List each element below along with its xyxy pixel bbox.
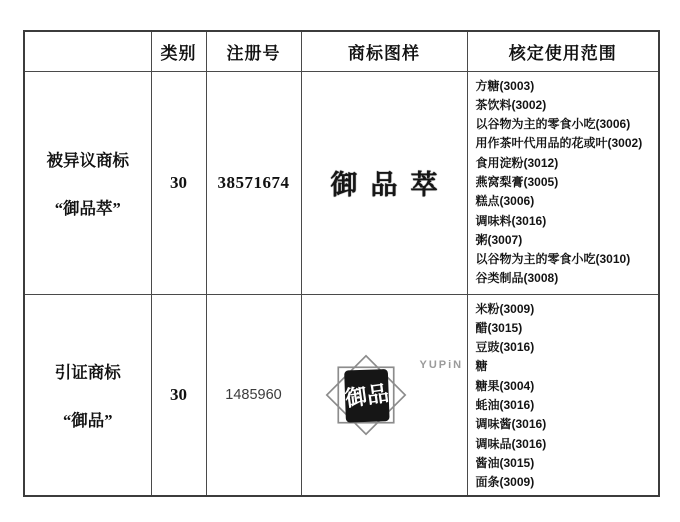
goods-item: 调味品(3016) <box>476 435 655 454</box>
goods-item: 面条(3009) <box>476 473 655 492</box>
row-opposed-mark: 被异议商标 “御品萃” 30 38571674 御品萃 方糖(3003)茶饮料(… <box>24 71 659 294</box>
goods-item: 糖果(3004) <box>476 377 655 396</box>
goods-item: 糕点(3006) <box>476 192 655 211</box>
col-header-regno: 注册号 <box>206 31 301 71</box>
opposed-label-cell: 被异议商标 “御品萃” <box>24 71 151 294</box>
cited-regno-value: 1485960 <box>225 387 281 403</box>
opposed-goods-cell: 方糖(3003)茶饮料(3002)以谷物为主的零食小吃(3006)用作茶叶代用品… <box>467 71 659 294</box>
opposed-regno-cell: 38571674 <box>206 71 301 294</box>
goods-item: 豆豉(3016) <box>476 338 655 357</box>
goods-item: 茶饮料(3002) <box>476 96 655 115</box>
opposed-mark-image-cell: 御品萃 <box>301 71 467 294</box>
goods-item: 醋(3015) <box>476 319 655 338</box>
goods-item: 方糖(3003) <box>476 77 655 96</box>
seal-star-icon: 御品 <box>324 353 408 437</box>
col-header-mark-image: 商标图样 <box>301 31 467 71</box>
cited-regno-cell: 1485960 <box>206 294 301 496</box>
goods-item: 谷类制品(3008) <box>476 269 655 288</box>
opposed-regno-value: 38571674 <box>218 173 290 192</box>
goods-item: 食用淀粉(3012) <box>476 154 655 173</box>
goods-item: 糖 <box>476 357 655 376</box>
goods-item: 燕窝梨膏(3005) <box>476 173 655 192</box>
cited-label-title: 引证商标 <box>25 359 151 383</box>
col-header-class: 类别 <box>151 31 206 71</box>
col-header-blank <box>24 31 151 71</box>
goods-item: 调味酱(3016) <box>476 415 655 434</box>
goods-item: 用作茶叶代用品的花或叶(3002) <box>476 134 655 153</box>
goods-item: 米粉(3009) <box>476 300 655 319</box>
col-header-approved-scope: 核定使用范围 <box>467 31 659 71</box>
header-row: 类别 注册号 商标图样 核定使用范围 <box>24 31 659 71</box>
cited-label-cell: 引证商标 “御品” <box>24 294 151 496</box>
cited-goods-list: 米粉(3009)醋(3015)豆豉(3016)糖糖果(3004)蚝油(3016)… <box>468 295 659 493</box>
goods-item: 蚝油(3016) <box>476 396 655 415</box>
opposed-goods-list: 方糖(3003)茶饮料(3002)以谷物为主的零食小吃(3006)用作茶叶代用品… <box>468 72 659 289</box>
row-cited-mark: 引证商标 “御品” 30 1485960 御品 YUPiN 米粉(3009)醋(… <box>24 294 659 496</box>
opposed-class-cell: 30 <box>151 71 206 294</box>
goods-item: 以谷物为主的零食小吃(3010) <box>476 250 655 269</box>
seal-latin-text: YUPiN <box>420 359 464 371</box>
goods-item: 调味料(3016) <box>476 212 655 231</box>
opposed-mark-calligraphy: 御品萃 <box>318 170 451 200</box>
opposed-label-name: “御品萃” <box>25 195 151 219</box>
goods-item: 粥(3007) <box>476 231 655 250</box>
cited-goods-cell: 米粉(3009)醋(3015)豆豉(3016)糖糖果(3004)蚝油(3016)… <box>467 294 659 496</box>
goods-item: 酱油(3015) <box>476 454 655 473</box>
cited-class-cell: 30 <box>151 294 206 496</box>
cited-mark-image-cell: 御品 YUPiN <box>301 294 467 496</box>
cited-seal-logo: 御品 YUPiN <box>324 351 474 439</box>
goods-item: 以谷物为主的零食小吃(3006) <box>476 115 655 134</box>
cited-label-name: “御品” <box>25 407 151 431</box>
opposed-label-title: 被异议商标 <box>25 147 151 171</box>
trademark-comparison-table: 类别 注册号 商标图样 核定使用范围 被异议商标 “御品萃” 30 385716… <box>23 30 660 497</box>
